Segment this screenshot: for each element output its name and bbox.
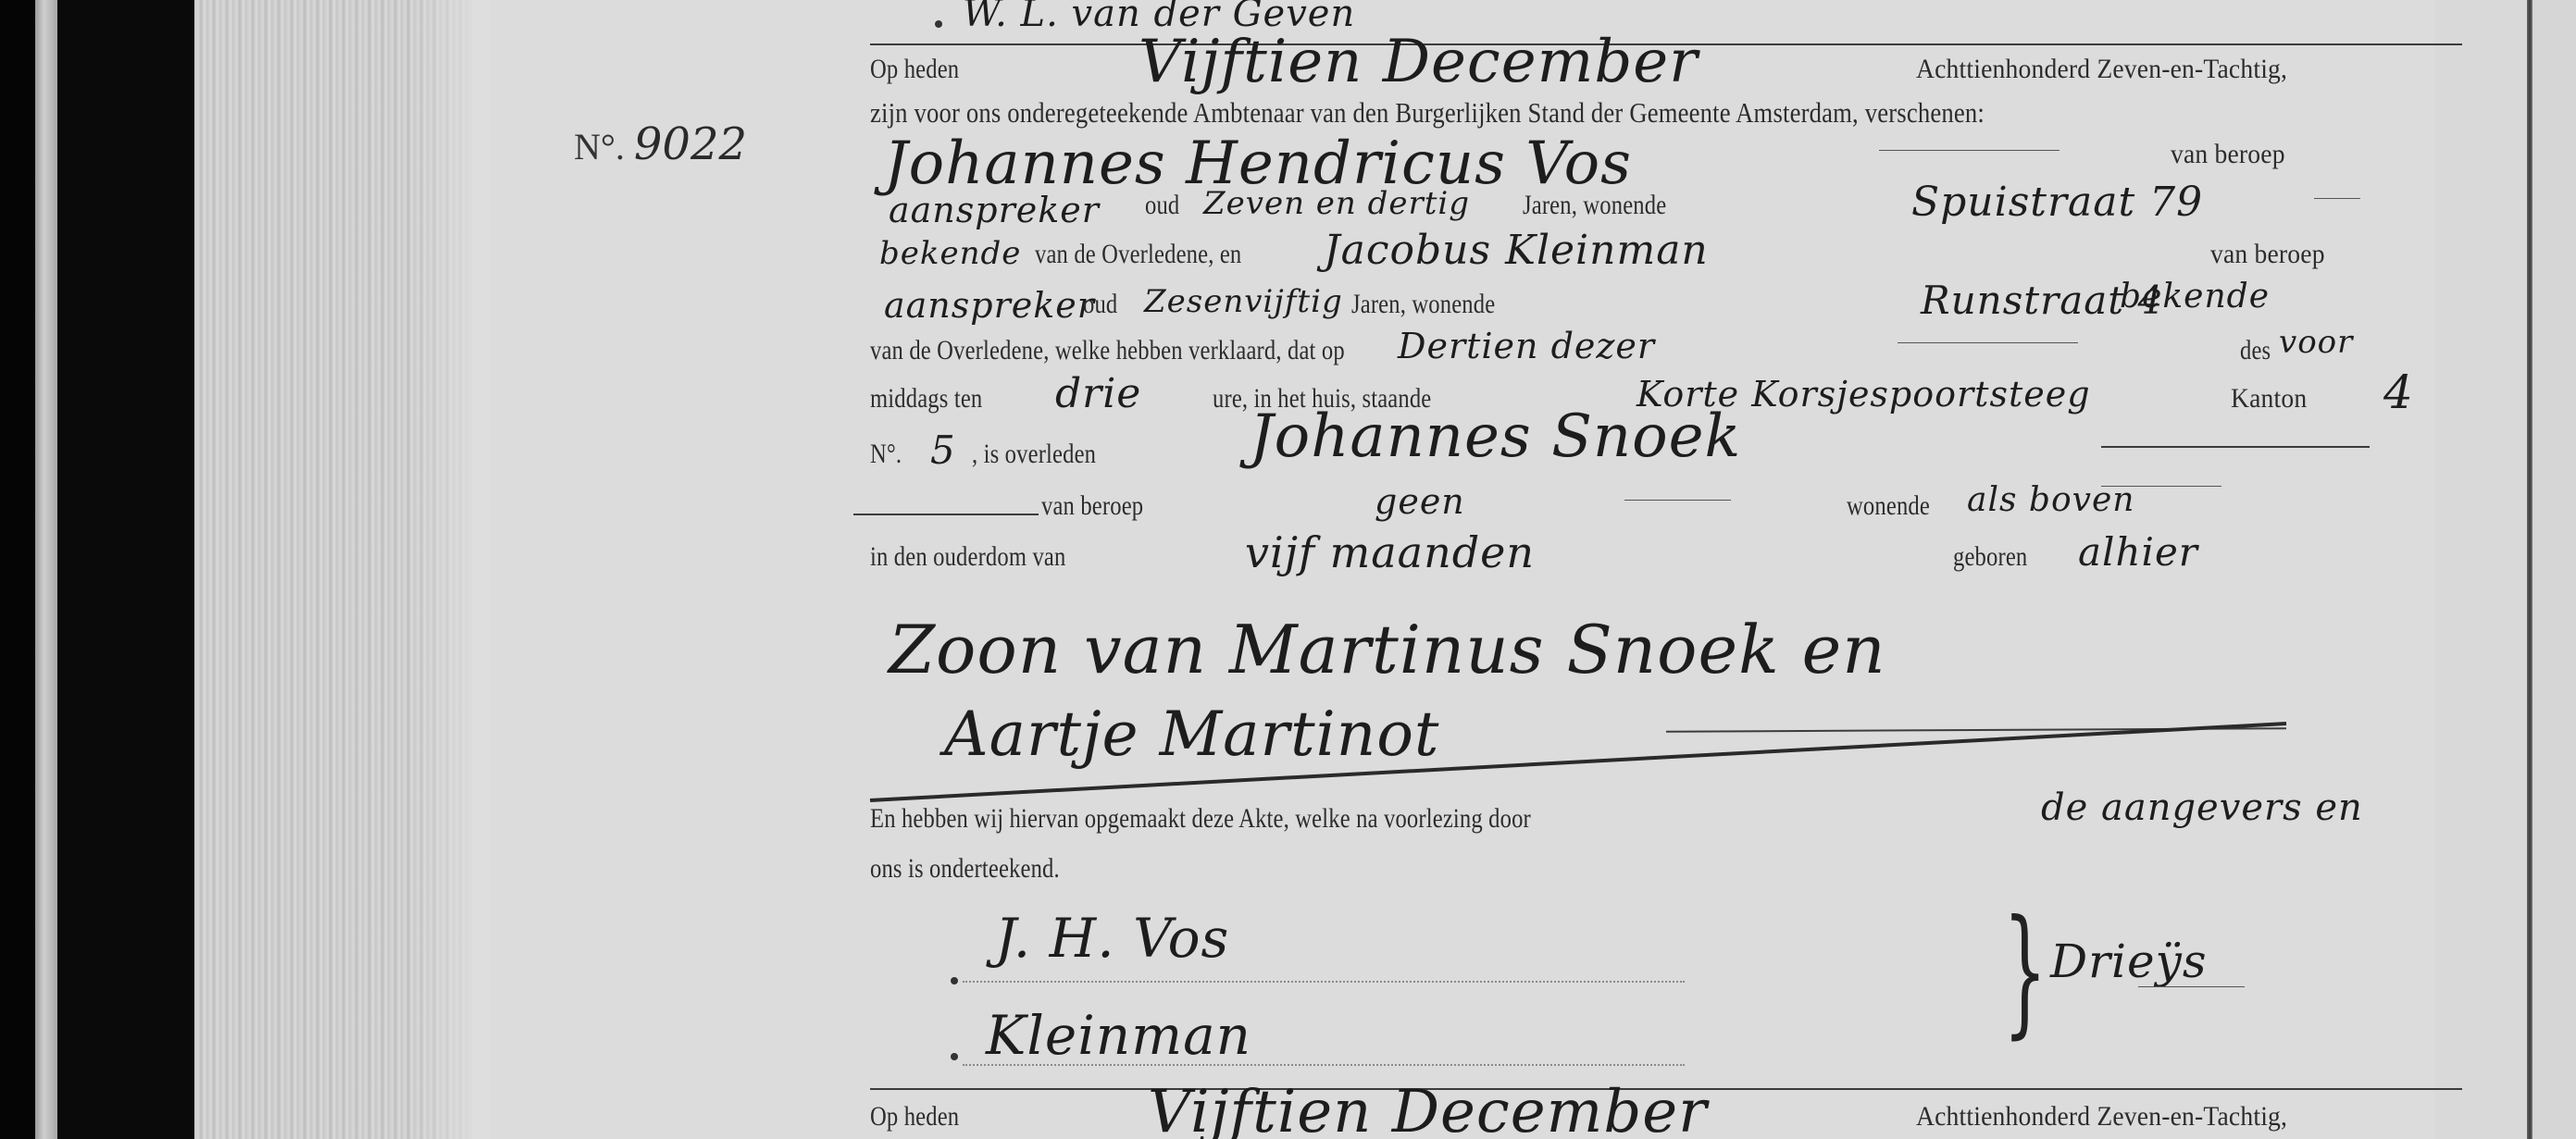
fill-line bbox=[1898, 342, 2078, 343]
next-printed-op-heden: Op heden bbox=[870, 1101, 959, 1133]
printed-year: Achttienhonderd Zeven-en-Tachtig, bbox=[1916, 54, 2287, 85]
hand-parents-line2: Aartje Martinot bbox=[944, 699, 1439, 770]
printed-wonende: wonende bbox=[1847, 490, 1930, 522]
signature-line-1 bbox=[963, 981, 1685, 983]
fill-line bbox=[2101, 446, 2370, 448]
book-cover-edge bbox=[35, 0, 57, 1139]
printed-kanton: Kanton bbox=[2231, 383, 2307, 415]
fill-line bbox=[853, 514, 1039, 515]
entry-number-prefix: N°. bbox=[574, 126, 625, 167]
hand-declarant2-age: Zesenvijftig bbox=[1144, 283, 1343, 320]
hand-declarant2-occupation: aanspreker bbox=[884, 285, 1095, 326]
hand-deceased-age: vijf maanden bbox=[1245, 527, 1535, 577]
printed-ons-is-onderteekend: ons is onderteekend. bbox=[870, 853, 1060, 885]
printed-geboren: geboren bbox=[1953, 541, 2027, 573]
book-binding bbox=[57, 0, 194, 1139]
hand-birthplace: alhier bbox=[2078, 529, 2198, 575]
printed-oud-1: oud bbox=[1145, 190, 1179, 221]
bullet-dot bbox=[951, 1053, 958, 1060]
printed-oud-2: oud bbox=[1083, 289, 1117, 320]
printed-closing-clause: En hebben wij hiervan opgemaakt deze Akt… bbox=[870, 803, 1531, 835]
printed-des: des bbox=[2240, 335, 2271, 366]
printed-jaren-wonende-1: Jaren, wonende bbox=[1523, 190, 1666, 221]
fill-line bbox=[1879, 150, 2060, 151]
hand-declarant2-name: Jacobus Kleinman bbox=[1324, 227, 1709, 274]
fill-line bbox=[2101, 486, 2221, 487]
printed-declaration-clause: van de Overledene, welke hebben verklaar… bbox=[870, 335, 1345, 366]
next-printed-year: Achttienhonderd Zeven-en-Tachtig, bbox=[1916, 1101, 2287, 1133]
fill-line bbox=[2138, 986, 2245, 987]
bullet-dot bbox=[935, 20, 942, 28]
printed-van-beroep-1: van beroep bbox=[2171, 139, 2285, 170]
printed-van-beroep-2: van beroep bbox=[2210, 239, 2325, 270]
printed-appearance-clause: zijn voor ons onderegeteekende Ambtenaar… bbox=[870, 96, 1985, 130]
signature-witness1: J. H. Vos bbox=[995, 907, 1229, 970]
hand-declarant1-occupation: aanspreker bbox=[889, 190, 1100, 230]
entry-number-value: 9022 bbox=[634, 118, 747, 170]
next-hand-date: Vijftien December bbox=[1148, 1078, 1708, 1139]
printed-in-den-ouderdom-van: in den ouderdom van bbox=[870, 541, 1065, 573]
hand-declarant1-address: Spuistraat 79 bbox=[1911, 179, 2203, 226]
signature-line-2 bbox=[963, 1064, 1685, 1066]
fill-line bbox=[1624, 500, 1731, 501]
hand-deceased-residence: als boven bbox=[1967, 481, 2134, 519]
hand-house-number: 5 bbox=[930, 427, 956, 473]
hand-hour: drie bbox=[1055, 370, 1141, 417]
printed-van-beroep-3: van beroep bbox=[1041, 490, 1143, 522]
printed-van-de-overledene-1: van de Overledene, en bbox=[1035, 239, 1241, 270]
hand-voor: voor bbox=[2279, 324, 2353, 361]
hand-deceased-occupation: geen bbox=[1375, 481, 1465, 522]
signature-official: Drieÿs bbox=[2050, 935, 2207, 988]
hand-bekende-2: bekende bbox=[2120, 278, 2270, 316]
printed-jaren-wonende-2: Jaren, wonende bbox=[1351, 289, 1495, 320]
bullet-dot bbox=[951, 977, 958, 984]
printed-middags-ten: middags ten bbox=[870, 383, 982, 415]
page-right-margin bbox=[2532, 0, 2576, 1139]
printed-no: N°. bbox=[870, 439, 902, 470]
hand-closing-insert: de aangevers en bbox=[2041, 786, 2363, 829]
hand-kanton-number: 4 bbox=[2383, 365, 2414, 419]
signature-witness2: Kleinman bbox=[986, 1004, 1251, 1067]
printed-op-heden: Op heden bbox=[870, 54, 959, 85]
hand-date-of-death: Dertien dezer bbox=[1398, 326, 1655, 366]
entry-number: N°. 9022 bbox=[574, 118, 747, 170]
printed-is-overleden: , is overleden bbox=[972, 439, 1096, 470]
scan-border bbox=[0, 0, 35, 1139]
hand-date: Vijftien December bbox=[1139, 28, 1699, 96]
hand-declarant1-age: Zeven en dertig bbox=[1203, 185, 1470, 222]
signature-brace: } bbox=[2003, 902, 2047, 1041]
page-shadow bbox=[407, 0, 491, 1139]
fill-line bbox=[2314, 198, 2360, 199]
hand-parents-line1: Zoon van Martinus Snoek en bbox=[889, 611, 1886, 688]
hand-bekende-1: bekende bbox=[879, 235, 1021, 272]
hand-deceased-name: Johannes Snoek bbox=[1250, 402, 1741, 471]
